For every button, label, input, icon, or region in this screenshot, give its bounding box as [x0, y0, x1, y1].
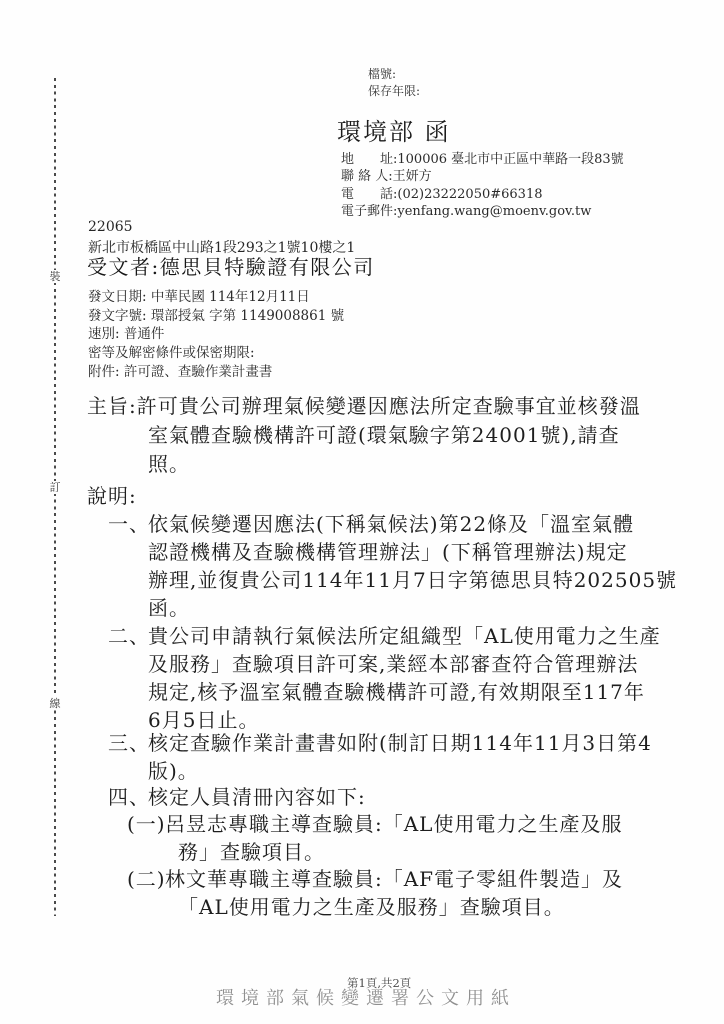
meta-attachment-line: 附件: 許可證、查驗作業計畫書: [88, 363, 344, 382]
binding-mark-zhuang: 裝: [43, 270, 67, 283]
personnel-sub-2-line-1: (二)林文華專職主導查驗員:「AF電子零組件製造」及: [0, 865, 724, 893]
item-3-marker: 三、: [108, 729, 148, 757]
meta-doc-no-line: 發文字號: 環部授氣 字第 1149008861 號: [88, 307, 344, 326]
personnel-sub-1-line-2: 務」查驗項目。: [178, 838, 724, 866]
recipient-zip: 22065: [88, 219, 133, 235]
sender-phone-line: 電 話:(02)23222050#66318: [341, 186, 624, 203]
personnel-sub-2-line-2: 「AL使用電力之生產及服務」查驗項目。: [178, 893, 724, 921]
explanation-item-1-line-1: 一、依氣候變遷因應法(下稱氣候法)第22條及「溫室氣體: [0, 510, 724, 538]
explanation-item-2-line-1: 二、貴公司申請執行氣候法所定組織型「AL使用電力之生產: [0, 622, 724, 650]
scanned-letter-page: 裝 訂 線 檔號: 保存年限: 環境部 函 地 址:100006 臺北市中正區中…: [0, 0, 724, 1024]
explanation-item-2-line-3: 規定,核予溫室氣體查驗機構許可證,有效期限至117年: [148, 678, 724, 706]
item-2-marker: 二、: [108, 622, 148, 650]
explanation-item-4-line-1: 四、核定人員清冊內容如下:: [0, 783, 724, 811]
explanation-item-1-line-2: 認證機構及查驗機構管理辦法」(下稱管理辦法)規定: [148, 538, 724, 566]
sender-contact-line: 聯 絡 人:王妍方: [341, 168, 624, 185]
sender-address-line: 地 址:100006 臺北市中正區中華路一段83號: [341, 151, 624, 168]
meta-speed-line: 速別: 普通件: [88, 325, 344, 344]
document-title: 環境部 函: [337, 112, 451, 147]
letter-body: 主旨:許可貴公司辦理氣候變遷因應法所定查驗事宜並核發溫 室氣體查驗機構許可證(環…: [0, 392, 724, 921]
explanation-label: 說明:: [0, 482, 724, 510]
sender-email-line: 電子郵件:yenfang.wang@moenv.gov.tw: [341, 203, 624, 220]
meta-security-line: 密等及解密條件或保密期限:: [88, 344, 344, 363]
sub-1-marker: (一): [127, 810, 165, 838]
subject-line-3: 照。: [148, 450, 724, 479]
meta-block: 發文日期: 中華民國 114年12月11日 發文字號: 環部授氣 字第 1149…: [88, 288, 344, 382]
meta-date-line: 發文日期: 中華民國 114年12月11日: [88, 288, 344, 307]
subject-text: 主旨:許可貴公司辦理氣候變遷因應法所定查驗事宜並核發溫: [87, 392, 641, 421]
recipient-line: 受文者:德思貝特驗證有限公司: [87, 251, 375, 280]
filing-block: 檔號: 保存年限:: [368, 66, 420, 100]
personnel-sub-1-line-1: (一)呂昱志專職主導查驗員:「AL使用電力之生產及服: [0, 810, 724, 838]
item-1-marker: 一、: [108, 510, 148, 538]
file-no-label: 檔號:: [368, 66, 420, 83]
explanation-item-3-line-2: 版)。: [148, 757, 724, 785]
explanation-item-1-line-3: 辦理,並復貴公司114年11月7日字第德思貝特202505號: [148, 566, 724, 594]
explanation-item-3-line-1: 三、核定查驗作業計畫書如附(制訂日期114年11月3日第4: [0, 729, 724, 757]
item-4-marker: 四、: [108, 783, 148, 811]
sub-2-marker: (二): [127, 865, 165, 893]
retention-label: 保存年限:: [368, 83, 420, 100]
explanation-item-1-line-4: 函。: [148, 594, 724, 622]
subject-line-2: 室氣體查驗機構許可證(環氣驗字第24001號),請查: [148, 421, 724, 450]
explanation-item-2-line-2: 及服務」查驗項目許可案,業經本部審查符合管理辦法: [148, 650, 724, 678]
subject-line-1: 主旨:許可貴公司辦理氣候變遷因應法所定查驗事宜並核發溫: [0, 392, 724, 421]
official-paper-name: 環境部氣候變遷署公文用紙: [216, 984, 516, 1010]
sender-info-block: 地 址:100006 臺北市中正區中華路一段83號 聯 絡 人:王妍方 電 話:…: [341, 151, 624, 221]
